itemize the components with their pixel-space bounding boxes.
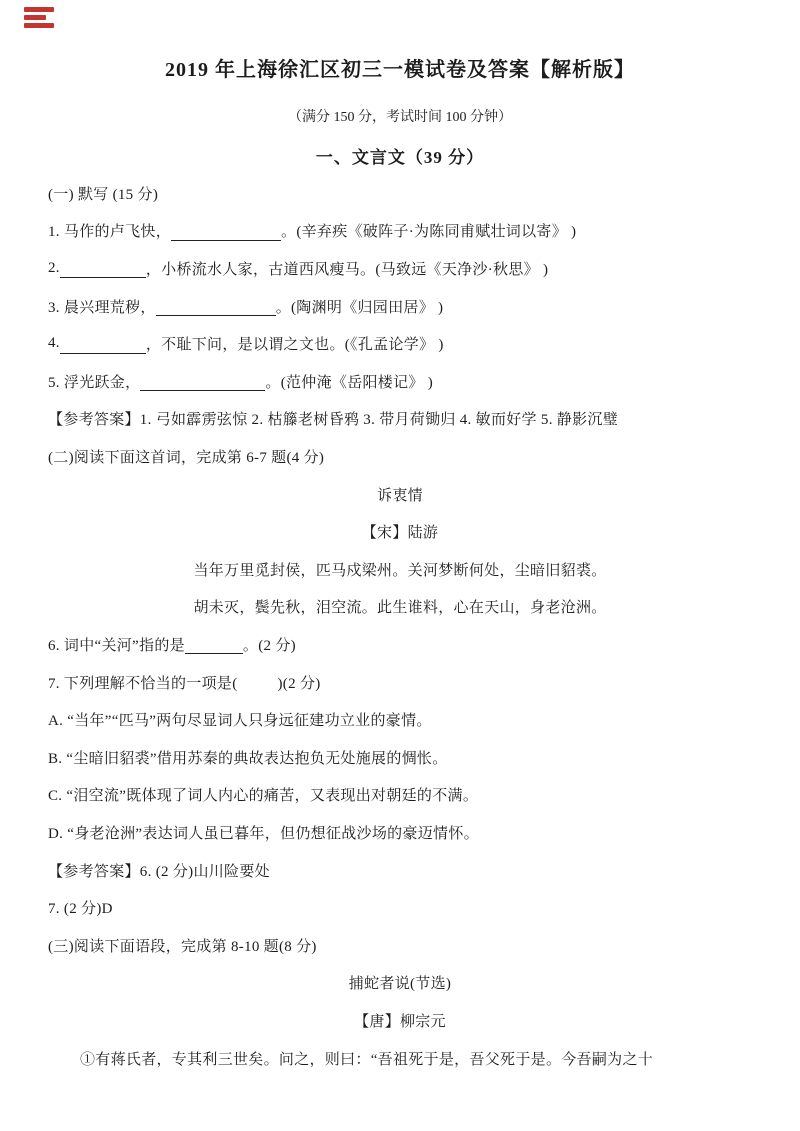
exam-document-page: 2019 年上海徐汇区初三一模试卷及答案【解析版】 （满分 150 分，考试时间… bbox=[0, 0, 800, 1131]
subsection-2-poem: (二)阅读下面这首词，完成第 6-7 题(4 分) bbox=[0, 438, 800, 476]
answer-key-moxie: 【参考答案】1. 弓如霹雳弦惊 2. 枯籐老树昏鸦 3. 带月荷锄归 4. 敏而… bbox=[0, 400, 800, 438]
poem-line-2: 胡未灭，鬓先秋，泪空流。此生谁料，心在天山，身老沧洲。 bbox=[0, 588, 800, 626]
logo-bar bbox=[24, 15, 46, 20]
text-run: 【唐】柳宗元 bbox=[354, 1010, 446, 1031]
text-run: 4. bbox=[48, 335, 60, 352]
answer-key-q7: 7. (2 分)D bbox=[0, 889, 800, 927]
text-run: 【参考答案】6. (2 分)山川险要处 bbox=[48, 860, 270, 881]
text-run: ，小桥流水人家，古道西风瘦马。(马致远《天净沙·秋思》 ) bbox=[146, 258, 548, 279]
text-run: 3. 晨兴理荒秽， bbox=[48, 296, 156, 317]
text-run: 【参考答案】1. 弓如霹雳弦惊 2. 枯籐老树昏鸦 3. 带月荷锄归 4. 敏而… bbox=[48, 408, 618, 429]
text-run: 。(陶渊明《归园田居》 ) bbox=[276, 296, 444, 317]
question-7: 7. 下列理解不恰当的一项是()(2 分) bbox=[0, 663, 800, 701]
text-run: ①有蒋氏者，专其利三世矣。问之，则曰：“吾祖死于是，吾父死于是。今吾嗣为之十 bbox=[80, 1048, 653, 1069]
text-run: )(2 分) bbox=[278, 672, 321, 693]
logo-bar bbox=[24, 23, 54, 28]
text-run: D. “身老沧洲”表达词人虽已暮年，但仍想征战沙场的豪迈情怀。 bbox=[48, 822, 479, 843]
passage-paragraph-1: ①有蒋氏者，专其利三世矣。问之，则曰：“吾祖死于是，吾父死于是。今吾嗣为之十 bbox=[0, 1039, 800, 1077]
answer-blank bbox=[171, 224, 281, 241]
question-1: 1. 马作的卢飞快，。(辛弃疾《破阵子·为陈同甫赋壮词以寄》 ) bbox=[0, 212, 800, 250]
question-5: 5. 浮光跃金，。(范仲淹《岳阳楼记》 ) bbox=[0, 363, 800, 401]
option-c: C. “泪空流”既体现了词人内心的痛苦，又表现出对朝廷的不满。 bbox=[0, 776, 800, 814]
text-run: 当年万里觅封侯，匹马戍梁州。关河梦断何处，尘暗旧貂裘。 bbox=[193, 559, 606, 580]
text-run: 捕蛇者说(节选) bbox=[349, 972, 451, 993]
text-run: 【宋】陆游 bbox=[362, 521, 439, 542]
red-bars-logo-icon bbox=[24, 7, 54, 28]
text-run: (一) 默写 (15 分) bbox=[48, 183, 158, 204]
text-run: 。(辛弃疾《破阵子·为陈同甫赋壮词以寄》 ) bbox=[281, 220, 576, 241]
option-b: B. “尘暗旧貂裘”借用苏秦的典故表达抱负无处施展的惆怅。 bbox=[0, 739, 800, 777]
text-run: 一、文言文（39 分） bbox=[316, 143, 484, 168]
text-run: 5. 浮光跃金， bbox=[48, 371, 140, 392]
text-run: (二)阅读下面这首词，完成第 6-7 题(4 分) bbox=[48, 446, 324, 467]
question-6: 6. 词中“关河”指的是。(2 分) bbox=[0, 626, 800, 664]
poem-title: 诉衷情 bbox=[0, 475, 800, 513]
answer-blank bbox=[60, 262, 146, 279]
answer-blank bbox=[156, 299, 276, 316]
option-a: A. “当年”“匹马”两句尽显词人只身远征建功立业的豪情。 bbox=[0, 701, 800, 739]
text-run: 。(范仲淹《岳阳楼记》 ) bbox=[265, 371, 433, 392]
option-d: D. “身老沧洲”表达词人虽已暮年，但仍想征战沙场的豪迈情怀。 bbox=[0, 814, 800, 852]
answer-blank bbox=[140, 374, 265, 391]
poem-author: 【宋】陆游 bbox=[0, 513, 800, 551]
text-run: 7. 下列理解不恰当的一项是( bbox=[48, 672, 238, 693]
passage-title: 捕蛇者说(节选) bbox=[0, 964, 800, 1002]
question-2: 2. ，小桥流水人家，古道西风瘦马。(马致远《天净沙·秋思》 ) bbox=[0, 250, 800, 288]
text-run: C. “泪空流”既体现了词人内心的痛苦，又表现出对朝廷的不满。 bbox=[48, 784, 478, 805]
logo-bar bbox=[24, 7, 54, 12]
passage-author: 【唐】柳宗元 bbox=[0, 1002, 800, 1040]
text-run: 胡未灭，鬓先秋，泪空流。此生谁料，心在天山，身老沧洲。 bbox=[193, 596, 606, 617]
text-run: 诉衷情 bbox=[377, 484, 423, 505]
question-3: 3. 晨兴理荒秽，。(陶渊明《归园田居》 ) bbox=[0, 287, 800, 325]
text-run: 2. bbox=[48, 260, 60, 277]
subsection-3-passage: (三)阅读下面语段，完成第 8-10 题(8 分) bbox=[0, 926, 800, 964]
answer-blank bbox=[185, 638, 243, 655]
text-run: B. “尘暗旧貂裘”借用苏秦的典故表达抱负无处施展的惆怅。 bbox=[48, 747, 448, 768]
text-run: ，不耻下问，是以谓之文也。(《孔孟论学》 ) bbox=[146, 333, 444, 354]
text-run: 1. 马作的卢飞快， bbox=[48, 220, 171, 241]
question-4: 4. ，不耻下问，是以谓之文也。(《孔孟论学》 ) bbox=[0, 325, 800, 363]
text-run: 。(2 分) bbox=[243, 634, 296, 655]
page-title: 2019 年上海徐汇区初三一模试卷及答案【解析版】 bbox=[40, 51, 760, 89]
answer-key-q6: 【参考答案】6. (2 分)山川险要处 bbox=[0, 851, 800, 889]
text-run: A. “当年”“匹马”两句尽显词人只身远征建功立业的豪情。 bbox=[48, 709, 432, 730]
poem-line-1: 当年万里觅封侯，匹马戍梁州。关河梦断何处，尘暗旧貂裘。 bbox=[0, 551, 800, 589]
answer-blank bbox=[60, 337, 146, 354]
subsection-1-moxie: (一) 默写 (15 分) bbox=[0, 175, 800, 213]
text-run: 6. 词中“关河”指的是 bbox=[48, 634, 185, 655]
text-run: 7. (2 分)D bbox=[48, 897, 113, 918]
exam-meta: （满分 150 分，考试时间 100 分钟） bbox=[40, 99, 760, 137]
text-run: (三)阅读下面语段，完成第 8-10 题(8 分) bbox=[48, 935, 317, 956]
section-heading-wenyanwen: 一、文言文（39 分） bbox=[0, 137, 800, 175]
document-body: 一、文言文（39 分）(一) 默写 (15 分)1. 马作的卢飞快，。(辛弃疾《… bbox=[0, 137, 800, 1077]
